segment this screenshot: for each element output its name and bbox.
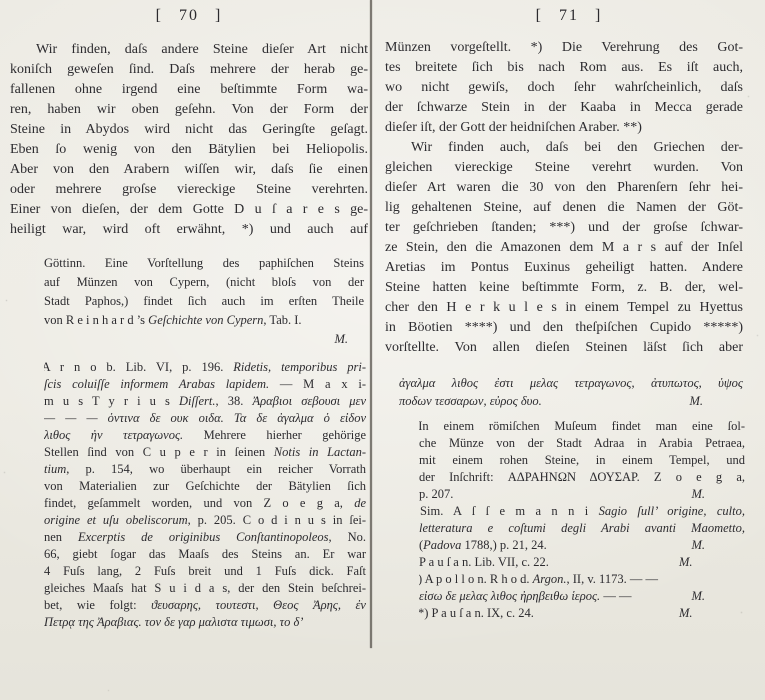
text-line: der Inſchrift: ΑΔΡΑΗΝΩΝ ΔΟΥΣΑΡ. Z o e g … bbox=[419, 469, 745, 486]
text-line: M.ποδων τεσσαρων, εὐρος δυο. bbox=[399, 392, 743, 410]
text-line: ****) A p o l l o n. R h o d. Argon., II… bbox=[419, 571, 745, 588]
text-line: Πετρᾳ της Ἀραβιας. τον δε γαρ μαλιστα τι… bbox=[44, 614, 366, 631]
text-line: Göttinn. Eine Vorſtellung des paphiſchen… bbox=[44, 254, 364, 273]
footnote-author-mark: M. bbox=[334, 330, 348, 349]
text-line: von Materialien zur Geſchichte der Bätyl… bbox=[44, 478, 366, 495]
footnote-author-mark: M. bbox=[691, 588, 705, 605]
text-line: findet, geſammelt worden, und von Z o e … bbox=[44, 495, 366, 512]
text-line: oder mehrere groſse viereckige Steine ve… bbox=[10, 180, 368, 200]
right-footnote-greek-continuation: ἀγαλμα λιθος ἐστι μελας τετραγωνος, ἀτυπ… bbox=[383, 374, 755, 410]
text-line: in Böotien ****) und den theſpiſchen Cup… bbox=[385, 318, 743, 338]
text-line: Stadt Paphos,) findet ſich auch im erſte… bbox=[44, 292, 364, 311]
text-line: ren, haben wir oben geſehn. Von der Form… bbox=[10, 100, 368, 120]
text-line: letteratura e coſtumi degli Arabi avanti… bbox=[419, 520, 745, 537]
scan-specks bbox=[0, 0, 1, 1]
left-footnote-arnob: *) A r n o b. Lib. VI, p. 196. Ridetis, … bbox=[10, 359, 368, 631]
text-line: M. bbox=[44, 330, 364, 349]
text-line: vorſtellte. Von allen dieſen Steinen läſ… bbox=[385, 338, 743, 358]
right-footnotes: *) In einem römiſchen Muſeum findet man … bbox=[383, 418, 755, 622]
text-line: koniſch geweſen ſind. Daſs mehrere der h… bbox=[10, 60, 368, 80]
text-line: Eben ſo wenig von den Bätylien bei Helio… bbox=[10, 140, 368, 160]
text-line: ſcis coluiſſe informem Arabas lapidem. —… bbox=[44, 376, 366, 393]
text-line: m u s T y r i u s Diſſert., 38. Ἀραβιοι … bbox=[44, 393, 366, 410]
left-note-continuation: Göttinn. Eine Vorſtellung des paphiſchen… bbox=[10, 254, 368, 349]
right-body-text: Münzen vorgeſtellt. *) Die Verehrung des… bbox=[383, 38, 755, 358]
text-line: mit einem rohen Steine, in einem Tempel,… bbox=[419, 452, 745, 469]
text-line: M.(Padova 1788,) p. 21, 24. bbox=[419, 537, 745, 554]
text-line: *) In einem römiſchen Muſeum findet man … bbox=[419, 418, 745, 435]
book-scan-spread: [ 70 ] Wir finden, daſs andere Steine di… bbox=[0, 0, 765, 700]
text-line: Stellen ſind von C u p e r in ſeinen Not… bbox=[44, 444, 366, 461]
text-line: M.*****) P a u ſ a n. IX, c. 24. bbox=[419, 605, 745, 622]
text-line: gleiches Maaſs hat S u i d a s, der den … bbox=[44, 580, 366, 597]
text-line: Wir finden, daſs andere Steine dieſer Ar… bbox=[10, 40, 368, 60]
text-line: von R e i n h a r d ’s Geſchichte von Cy… bbox=[44, 311, 364, 330]
page-number-right: [ 71 ] bbox=[383, 7, 755, 25]
text-line: Steine hatten keine beſtimmte Form, z. B… bbox=[385, 278, 743, 298]
text-line: der ſchwarze Stein in der Kaaba in Mecca… bbox=[385, 98, 743, 118]
text-line: ter geſchrieben ſtanden; ***) und der gr… bbox=[385, 218, 743, 238]
page-divider-rule bbox=[370, 0, 372, 648]
text-line: — — — ὁντινα δε ουκ οιδα. Τα δε ἀγαλμα ὁ… bbox=[44, 410, 366, 427]
page-left-70: [ 70 ] Wir finden, daſs andere Steine di… bbox=[10, 0, 368, 631]
text-line: λιθος ἠν τετραγωνος. Mehrere hierher geh… bbox=[44, 427, 366, 444]
text-line: 4 Fuſs lang, 2 Fuſs breit und 1 Fuſs dic… bbox=[44, 563, 366, 580]
text-line: nen Excerptis de originibus Conſtantinop… bbox=[44, 529, 366, 546]
left-body-text: Wir finden, daſs andere Steine dieſer Ar… bbox=[10, 40, 368, 240]
text-line: origine et uſu obeliscorum, p. 205. C o … bbox=[44, 512, 366, 529]
text-line: Steine in Abydos wird nicht das Geringſt… bbox=[10, 120, 368, 140]
text-line: Wir finden auch, daſs bei den Griechen d… bbox=[385, 138, 743, 158]
text-line: auf Münzen von Cypern, (nicht bloſs von … bbox=[44, 273, 364, 292]
footnote-author-mark: M. bbox=[691, 486, 705, 503]
text-line: ze Stein, den die Amazonen dem M a r s a… bbox=[385, 238, 743, 258]
page-number-left: [ 70 ] bbox=[10, 7, 368, 25]
text-line: M.εἰσω δε μελας λιθος ἠρηβειθω ἱερος. — … bbox=[419, 588, 745, 605]
text-line: dieſer iſt, der Gott der heidniſchen Ara… bbox=[385, 118, 743, 138]
text-line: *) A r n o b. Lib. VI, p. 196. Ridetis, … bbox=[44, 359, 366, 376]
text-line: **) Sim. A ſ ſ e m a n n i Sagio ſull’ o… bbox=[419, 503, 745, 520]
text-line: 66, giebt ſogar das Maaſs des Steins an.… bbox=[44, 546, 366, 563]
footnote-author-mark: M. bbox=[689, 392, 703, 410]
text-line: Einer von dieſen, der dem Gotte D u ſ a … bbox=[10, 200, 368, 220]
text-line: M.***) P a u ſ a n. Lib. VII, c. 22. bbox=[419, 554, 745, 571]
text-line: Münzen vorgeſtellt. *) Die Verehrung des… bbox=[385, 38, 743, 58]
text-line: Aretias im Pontus Euxinus geheiligt hatt… bbox=[385, 258, 743, 278]
text-line: tium, p. 154, wo überhaupt ein reicher V… bbox=[44, 461, 366, 478]
text-line: bet, wie folgt: ϑευσαρης, τουτεστι, Θεος… bbox=[44, 597, 366, 614]
text-line: gleichen viereckige Steine verehrt wurde… bbox=[385, 158, 743, 178]
text-line: heiligt war, wird oft erwähnt, *) und au… bbox=[10, 220, 368, 240]
footnote-author-mark: M. bbox=[691, 537, 705, 554]
text-line: cher den H e r k u l e s in einem Tempel… bbox=[385, 298, 743, 318]
page-right-71: [ 71 ] Münzen vorgeſtellt. *) Die Verehr… bbox=[383, 0, 755, 622]
text-line: wo nicht gewiſs, doch ſehr wahrſcheinlic… bbox=[385, 78, 743, 98]
text-line: M.p. 207. bbox=[419, 486, 745, 503]
text-line: dieſer Art waren die 30 von den Pharenſe… bbox=[385, 178, 743, 198]
text-line: Aber von den Arabern wiſſen wir, daſs ſi… bbox=[10, 160, 368, 180]
text-line: fallenen ohne irgend eine beſtimmte Form… bbox=[10, 80, 368, 100]
text-line: tes breitete ſich bis nach Rom aus. Es i… bbox=[385, 58, 743, 78]
text-line: ἀγαλμα λιθος ἐστι μελας τετραγωνος, ἀτυπ… bbox=[399, 374, 743, 392]
text-line: che Münze von der Stadt Adraa in Arabia … bbox=[419, 435, 745, 452]
text-line: lig gehaltenen Steine, auf denen die Nam… bbox=[385, 198, 743, 218]
